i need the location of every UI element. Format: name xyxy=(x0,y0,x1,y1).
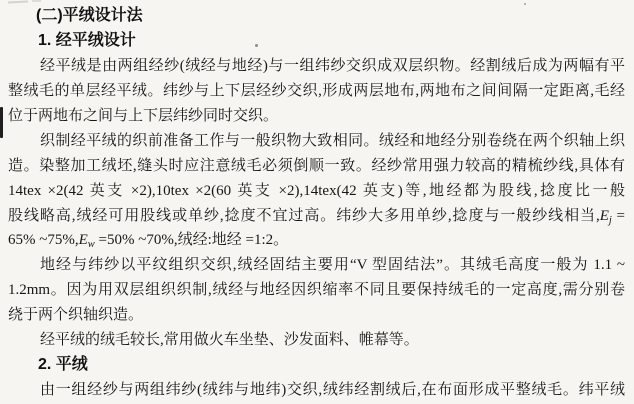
scan-speck xyxy=(524,3,526,5)
text-line: 整绒毛的单层经平绒。纬纱与上下层经纱交织,形成两层地布,两地布之间间隔一定距离,… xyxy=(8,79,625,104)
scan-edge-artifact xyxy=(0,107,3,138)
text-line: 经平绒是由两组经纱(绒经与地经)与一组纬纱交织成双层织物。经割绒后成为两幅有平 xyxy=(8,54,625,79)
text-segment: 股线略高,绒经可用股线或单纱,捻度不宜过高。纬纱大多用单纱,捻度与一般纱线相当, xyxy=(8,208,600,224)
text-segment: 1.2mm。因为用双层组织织制,绒经与地经因织缩率不同且要保持绒毛的一定高度,需… xyxy=(8,282,625,298)
scan-mark xyxy=(32,0,41,2)
heading-line: 2. 平绒 xyxy=(38,353,625,378)
text-line: 股线略高,绒经可用股线或单纱,捻度不宜过高。纬纱大多用单纱,捻度与一般纱线相当,… xyxy=(8,204,625,229)
text-line: 由一组经纱与两组纬纱(绒纬与地纬)交织,绒纬经割绒后,在布面形成平整绒毛。纬平绒 xyxy=(8,378,625,403)
text-segment: 1. 经平绒设计 xyxy=(38,32,136,49)
text-line: 14tex ×2(42 英支 ×2),10tex ×2(60 英支 ×2),14… xyxy=(8,179,625,204)
text-line: 织制经平绒的织前准备工作与一般织物大致相同。绒经和地经分别卷绕在两个织轴上织 xyxy=(8,129,625,154)
text-segment: (二)平绒设计法 xyxy=(36,7,143,24)
text-segment: 地经与纬纱以平纹组织交织,绒经固结主要用“V 型固结法”。其绒毛高度一般为 1.… xyxy=(40,257,625,273)
subscript-text: w xyxy=(88,239,95,250)
text-segment: 2. 平绒 xyxy=(38,356,88,373)
text-segment: = xyxy=(612,208,625,224)
text-line: 经平绒的绒毛较长,常用做火车坐垫、沙发面料、帷幕等。 xyxy=(8,328,625,353)
text-segment: 14tex ×2(42 英支 ×2),10tex ×2(60 英支 ×2),14… xyxy=(8,183,625,199)
text-segment: 经平绒是由两组经纱(绒经与地经)与一组纬纱交织成双层织物。经割绒后成为两幅有平 xyxy=(40,58,625,74)
document-lines: (二)平绒设计法1. 经平绒设计经平绒是由两组经纱(绒经与地经)与一组纬纱交织成… xyxy=(8,4,625,403)
text-line: 地经与纬纱以平纹组织交织,绒经固结主要用“V 型固结法”。其绒毛高度一般为 1.… xyxy=(8,253,625,278)
heading-line: 1. 经平绒设计 xyxy=(38,29,625,54)
text-line: 造。染整加工绒坯,缝头时应注意绒毛必须倒顺一致。经纱常用强力较高的精梳纱线,具体… xyxy=(8,154,625,179)
text-line: 65% ~75%,Ew =50% ~70%,绒经:地经 =1:2。 xyxy=(8,228,625,253)
text-segment: 位于两地布之间与上下层纬纱同时交织。 xyxy=(8,108,278,124)
scan-speck xyxy=(255,44,258,47)
text-segment: 65% ~75%, xyxy=(8,232,79,248)
text-line: 绕于两个织轴织造。 xyxy=(8,303,625,328)
heading-line: (二)平绒设计法 xyxy=(36,4,625,29)
variable-symbol: E xyxy=(79,232,88,248)
variable-symbol: E xyxy=(600,208,609,224)
text-segment: 造。染整加工绒坯,缝头时应注意绒毛必须倒顺一致。经纱常用强力较高的精梳纱线,具体… xyxy=(8,158,625,174)
text-segment: 整绒毛的单层经平绒。纬纱与上下层经纱交织,形成两层地布,两地布之间间隔一定距离,… xyxy=(8,83,625,99)
text-segment: =50% ~70%,绒经:地经 =1:2。 xyxy=(95,232,288,248)
text-line: 1.2mm。因为用双层组织织制,绒经与地经因织缩率不同且要保持绒毛的一定高度,需… xyxy=(8,278,625,303)
scanned-page: (二)平绒设计法1. 经平绒设计经平绒是由两组经纱(绒经与地经)与一组纬纱交织成… xyxy=(0,0,634,404)
text-segment: 织制经平绒的织前准备工作与一般织物大致相同。绒经和地经分别卷绕在两个织轴上织 xyxy=(40,133,625,149)
text-segment: 绕于两个织轴织造。 xyxy=(8,307,143,323)
text-segment: 由一组经纱与两组纬纱(绒纬与地纬)交织,绒纬经割绒后,在布面形成平整绒毛。纬平绒 xyxy=(40,382,625,398)
text-segment: 经平绒的绒毛较长,常用做火车坐垫、沙发面料、帷幕等。 xyxy=(40,332,419,348)
text-line: 位于两地布之间与上下层纬纱同时交织。 xyxy=(8,104,625,129)
